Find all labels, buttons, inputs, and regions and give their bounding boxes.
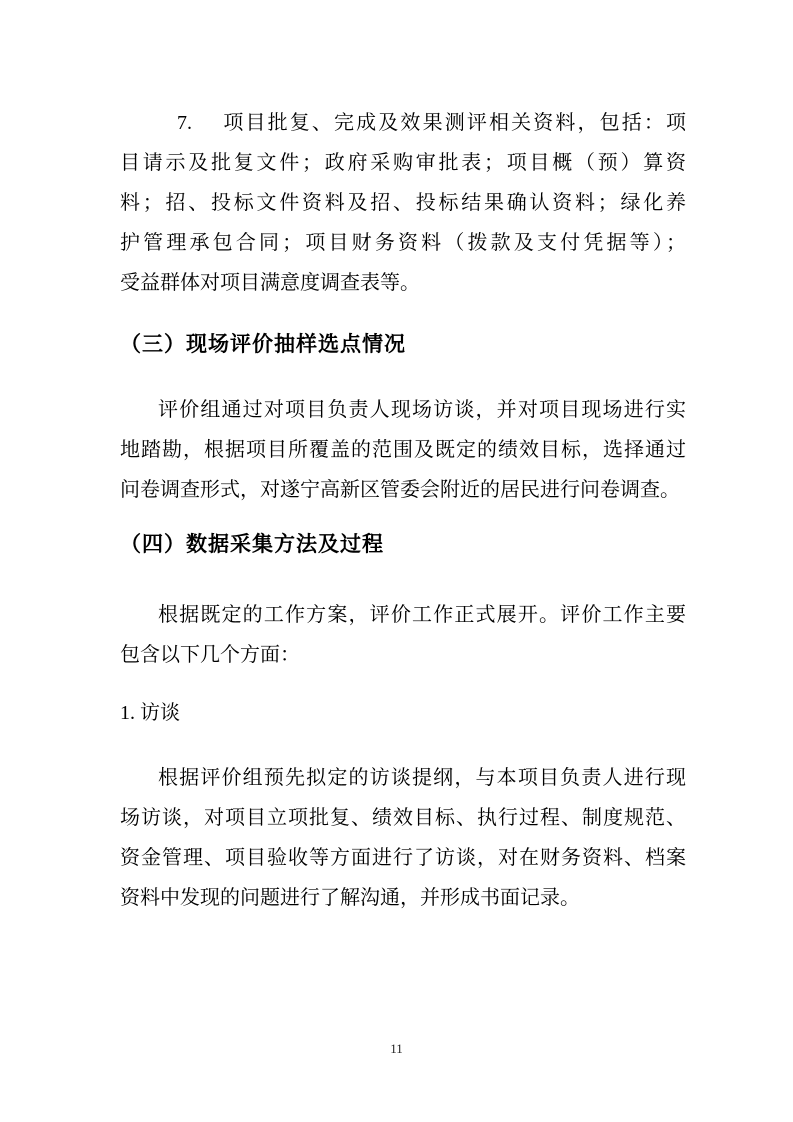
section-heading-4: （四）数据采集方法及过程 — [120, 524, 686, 564]
paragraph-work-plan: 根据既定的工作方案，评价工作正式展开。评价工作主要 包含以下几个方面： — [120, 595, 686, 675]
paragraph-materials-list: 7. 项目批复、完成及效果测评相关资料，包括：项 目请示及批复文件；政府采购审批… — [120, 103, 686, 303]
paragraph-line: 护管理承包合同；项目财务资料（拨款及支付凭据等）； — [120, 223, 686, 263]
paragraph-line: 7. 项目批复、完成及效果测评相关资料，包括：项 — [120, 103, 686, 143]
paragraph-line: 料；招、投标文件资料及招、投标结果确认资料；绿化养 — [120, 183, 686, 223]
paragraph-line: 地踏勘，根据项目所覆盖的范围及既定的绩效目标，选择通过 — [120, 430, 686, 470]
paragraph-line: 资料中发现的问题进行了解沟通，并形成书面记录。 — [120, 878, 686, 918]
paragraph-line: 目请示及批复文件；政府采购审批表；项目概（预）算资 — [120, 143, 686, 183]
paragraph-line: 资金管理、项目验收等方面进行了访谈，对在财务资料、档案 — [120, 838, 686, 878]
paragraph-line: 根据评价组预先拟定的访谈提纲，与本项目负责人进行现 — [120, 758, 686, 798]
list-item-interview: 1. 访谈 — [120, 693, 686, 733]
paragraph-line: 评价组通过对项目负责人现场访谈，并对项目现场进行实 — [120, 390, 686, 430]
paragraph-line: 问卷调查形式，对遂宁高新区管委会附近的居民进行问卷调查。 — [120, 470, 686, 510]
paragraph-interview-detail: 根据评价组预先拟定的访谈提纲，与本项目负责人进行现 场访谈，对项目立项批复、绩效… — [120, 758, 686, 918]
section-heading-3: （三）现场评价抽样选点情况 — [120, 324, 686, 364]
paragraph-line: 受益群体对项目满意度调查表等。 — [120, 263, 686, 303]
paragraph-site-evaluation: 评价组通过对项目负责人现场访谈，并对项目现场进行实 地踏勘，根据项目所覆盖的范围… — [120, 390, 686, 510]
paragraph-line: 场访谈，对项目立项批复、绩效目标、执行过程、制度规范、 — [120, 798, 686, 838]
document-body: 7. 项目批复、完成及效果测评相关资料，包括：项 目请示及批复文件；政府采购审批… — [120, 103, 686, 918]
paragraph-line: 包含以下几个方面： — [120, 635, 686, 675]
document-page: 7. 项目批复、完成及效果测评相关资料，包括：项 目请示及批复文件；政府采购审批… — [0, 0, 793, 1122]
page-number: 11 — [0, 1040, 793, 1058]
paragraph-line: 根据既定的工作方案，评价工作正式展开。评价工作主要 — [120, 595, 686, 635]
